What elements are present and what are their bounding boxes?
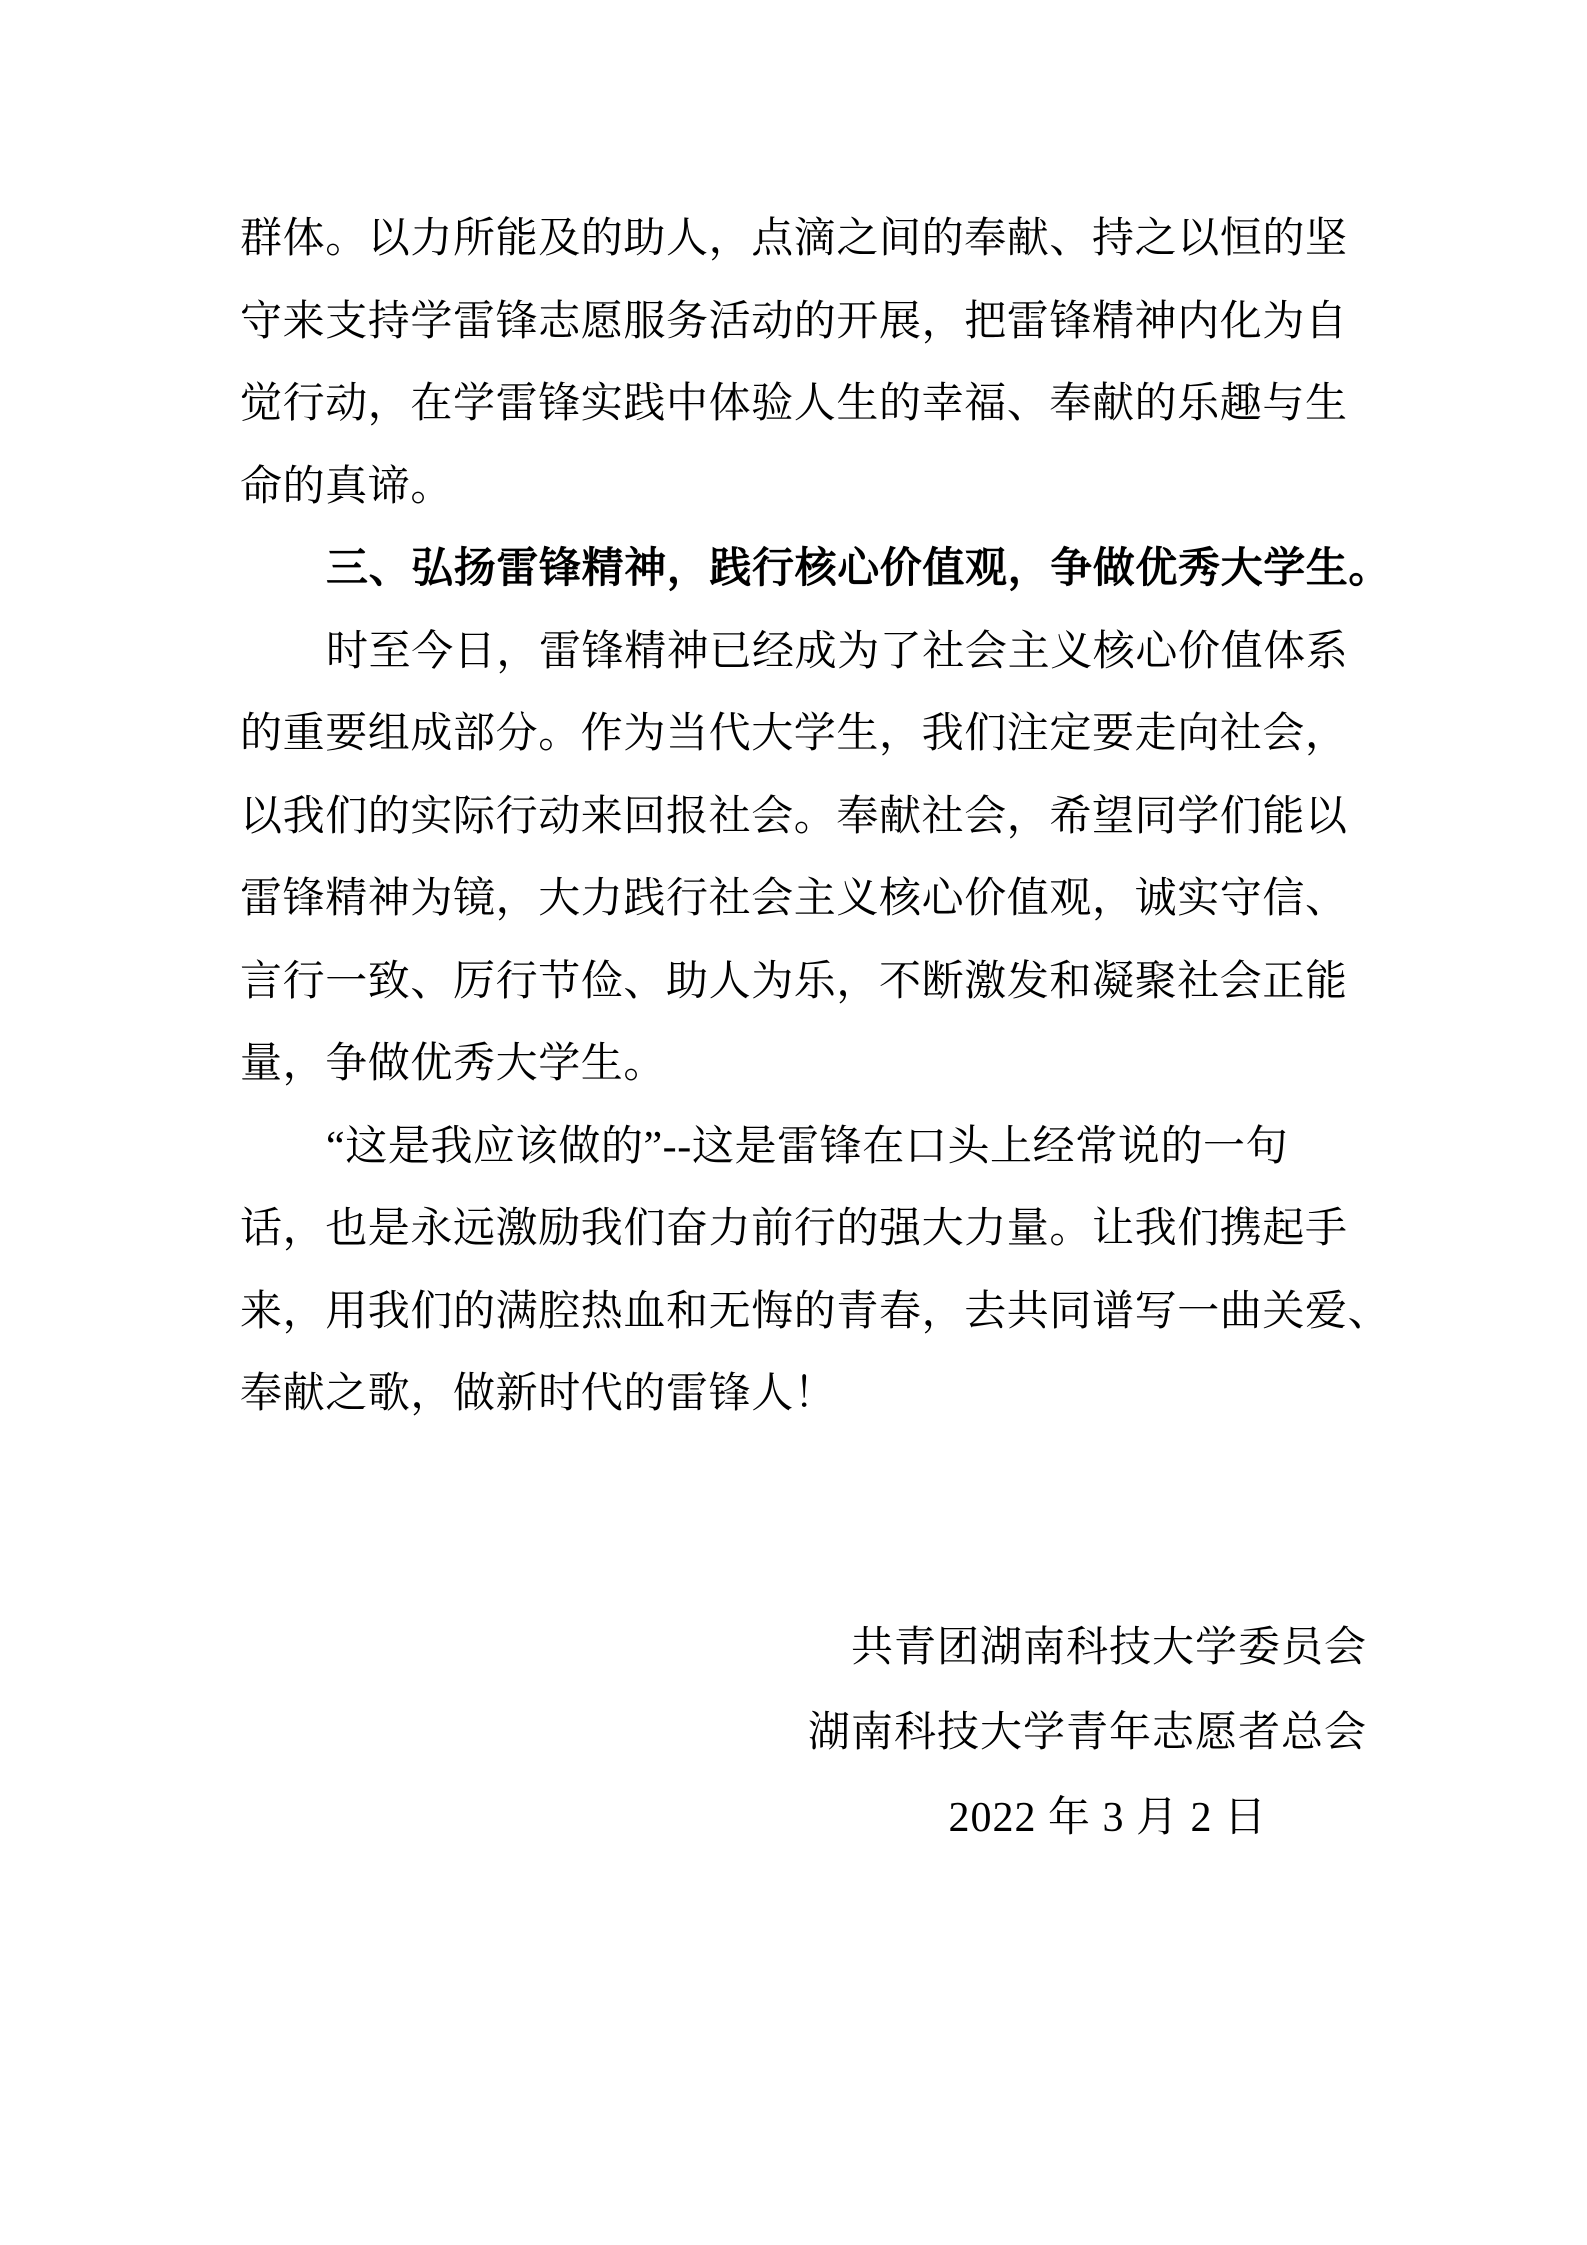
document-page: 群体。以力所能及的助人，点滴之间的奉献、持之以恒的坚守来支持学雷锋志愿服务活动的… <box>0 0 1587 2245</box>
document-line: 奉献之歌，做新时代的雷锋人！ <box>240 1353 1358 1436</box>
document-line: 来，用我们的满腔热血和无悔的青春，去共同谱写一曲关爱、 <box>240 1271 1358 1354</box>
signature-block: 共青团湖南科技大学委员会 湖南科技大学青年志愿者总会 2022 年 3 月 2 … <box>808 1606 1367 1861</box>
signature-org-2: 湖南科技大学青年志愿者总会 <box>808 1691 1367 1776</box>
document-line: 言行一致、厉行节俭、助人为乐，不断激发和凝聚社会正能 <box>240 941 1358 1024</box>
document-line: 雷锋精神为镜，大力践行社会主义核心价值观，诚实守信、 <box>240 858 1358 941</box>
signature-date: 2022 年 3 月 2 日 <box>808 1776 1367 1861</box>
document-line: “这是我应该做的”--这是雷锋在口头上经常说的一句 <box>240 1106 1358 1189</box>
document-line: 时至今日，雷锋精神已经成为了社会主义核心价值体系 <box>240 611 1358 694</box>
document-line: 命的真谛。 <box>240 446 1358 529</box>
signature-org-1: 共青团湖南科技大学委员会 <box>808 1606 1367 1691</box>
document-line: 守来支持学雷锋志愿服务活动的开展，把雷锋精神内化为自 <box>240 281 1358 364</box>
document-line: 以我们的实际行动来回报社会。奉献社会，希望同学们能以 <box>240 776 1358 859</box>
document-line: 三、弘扬雷锋精神，践行核心价值观，争做优秀大学生。 <box>240 528 1358 611</box>
document-line: 觉行动，在学雷锋实践中体验人生的幸福、奉献的乐趣与生 <box>240 363 1358 446</box>
document-body: 群体。以力所能及的助人，点滴之间的奉献、持之以恒的坚守来支持学雷锋志愿服务活动的… <box>240 198 1358 1436</box>
document-line: 的重要组成部分。作为当代大学生，我们注定要走向社会， <box>240 693 1358 776</box>
document-line: 量，争做优秀大学生。 <box>240 1023 1358 1106</box>
document-line: 话，也是永远激励我们奋力前行的强大力量。让我们携起手 <box>240 1188 1358 1271</box>
document-line: 群体。以力所能及的助人，点滴之间的奉献、持之以恒的坚 <box>240 198 1358 281</box>
